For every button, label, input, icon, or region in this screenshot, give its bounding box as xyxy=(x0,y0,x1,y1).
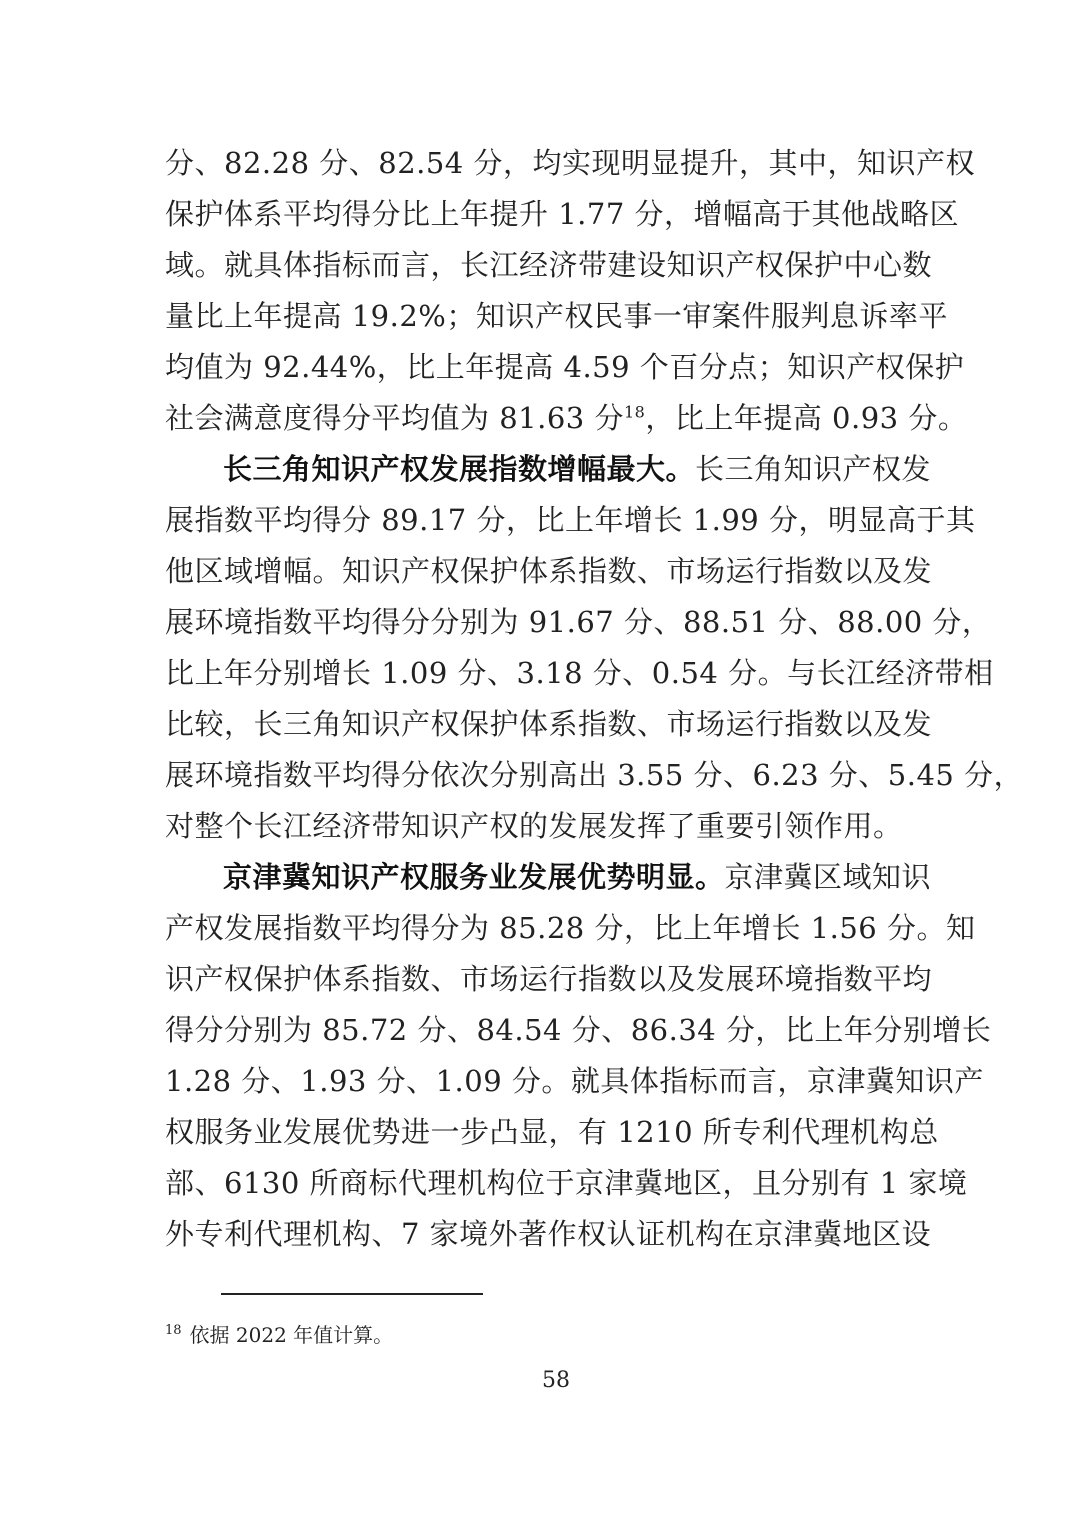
text-segment: 京津冀区域知识 xyxy=(725,860,932,894)
text-line: 分、82.28 分、82.54 分，均实现明显提升，其中，知识产权 xyxy=(165,138,915,189)
document-page: 分、82.28 分、82.54 分，均实现明显提升，其中，知识产权 保护体系平均… xyxy=(0,0,1080,1527)
footnote-text: 依据 2022 年值计算。 xyxy=(190,1323,394,1347)
text-line: 比较，长三角知识产权保护体系指数、市场运行指数以及发 xyxy=(165,699,915,750)
paragraph-beijing-tianjin-hebei: 京津冀知识产权服务业发展优势明显。京津冀区域知识 产权发展指数平均得分为 85.… xyxy=(165,852,915,1260)
text-line: 部、6130 所商标代理机构位于京津冀地区，且分别有 1 家境 xyxy=(165,1158,915,1209)
paragraph-heading: 京津冀知识产权服务业发展优势明显。 xyxy=(223,860,725,894)
text-line: 展环境指数平均得分分别为 91.67 分、88.51 分、88.00 分， xyxy=(165,597,915,648)
text-line: 识产权保护体系指数、市场运行指数以及发展环境指数平均 xyxy=(165,954,915,1005)
text-line: 1.28 分、1.93 分、1.09 分。就具体指标而言，京津冀知识产 xyxy=(165,1056,915,1107)
text-line: 京津冀知识产权服务业发展优势明显。京津冀区域知识 xyxy=(165,852,915,903)
text-line: 均值为 92.44%，比上年提高 4.59 个百分点；知识产权保护 xyxy=(165,342,915,393)
text-segment: 社会满意度得分平均值为 81.63 分 xyxy=(165,401,624,435)
page-number: 58 xyxy=(0,1366,1080,1396)
text-line: 他区域增幅。知识产权保护体系指数、市场运行指数以及发 xyxy=(165,546,915,597)
text-segment: ，比上年提高 0.93 分。 xyxy=(645,401,967,435)
paragraph-yangtze-delta: 长三角知识产权发展指数增幅最大。长三角知识产权发 展指数平均得分 89.17 分… xyxy=(165,444,915,852)
footnote-reference[interactable]: 18 xyxy=(624,402,645,421)
text-line: 比上年分别增长 1.09 分、3.18 分、0.54 分。与长江经济带相 xyxy=(165,648,915,699)
text-line: 保护体系平均得分比上年提升 1.77 分，增幅高于其他战略区 xyxy=(165,189,915,240)
footnote: 18依据 2022 年值计算。 xyxy=(165,1322,393,1348)
text-segment: 长三角知识产权发 xyxy=(695,452,931,486)
footnote-divider xyxy=(221,1293,483,1295)
paragraph-heading: 长三角知识产权发展指数增幅最大。 xyxy=(223,452,695,486)
paragraph-continuation: 分、82.28 分、82.54 分，均实现明显提升，其中，知识产权 保护体系平均… xyxy=(165,138,915,444)
body-text: 分、82.28 分、82.54 分，均实现明显提升，其中，知识产权 保护体系平均… xyxy=(165,138,915,1260)
text-line: 权服务业发展优势进一步凸显，有 1210 所专利代理机构总 xyxy=(165,1107,915,1158)
text-line: 社会满意度得分平均值为 81.63 分18，比上年提高 0.93 分。 xyxy=(165,393,915,444)
text-line: 外专利代理机构、7 家境外著作权认证机构在京津冀地区设 xyxy=(165,1209,915,1260)
text-line: 域。就具体指标而言，长江经济带建设知识产权保护中心数 xyxy=(165,240,915,291)
text-line: 对整个长江经济带知识产权的发展发挥了重要引领作用。 xyxy=(165,801,915,852)
text-line: 量比上年提高 19.2%；知识产权民事一审案件服判息诉率平 xyxy=(165,291,915,342)
footnote-number: 18 xyxy=(165,1323,182,1338)
text-line: 长三角知识产权发展指数增幅最大。长三角知识产权发 xyxy=(165,444,915,495)
text-line: 得分分别为 85.72 分、84.54 分、86.34 分，比上年分别增长 xyxy=(165,1005,915,1056)
text-line: 展环境指数平均得分依次分别高出 3.55 分、6.23 分、5.45 分， xyxy=(165,750,915,801)
text-line: 展指数平均得分 89.17 分，比上年增长 1.99 分，明显高于其 xyxy=(165,495,915,546)
text-line: 产权发展指数平均得分为 85.28 分，比上年增长 1.56 分。知 xyxy=(165,903,915,954)
